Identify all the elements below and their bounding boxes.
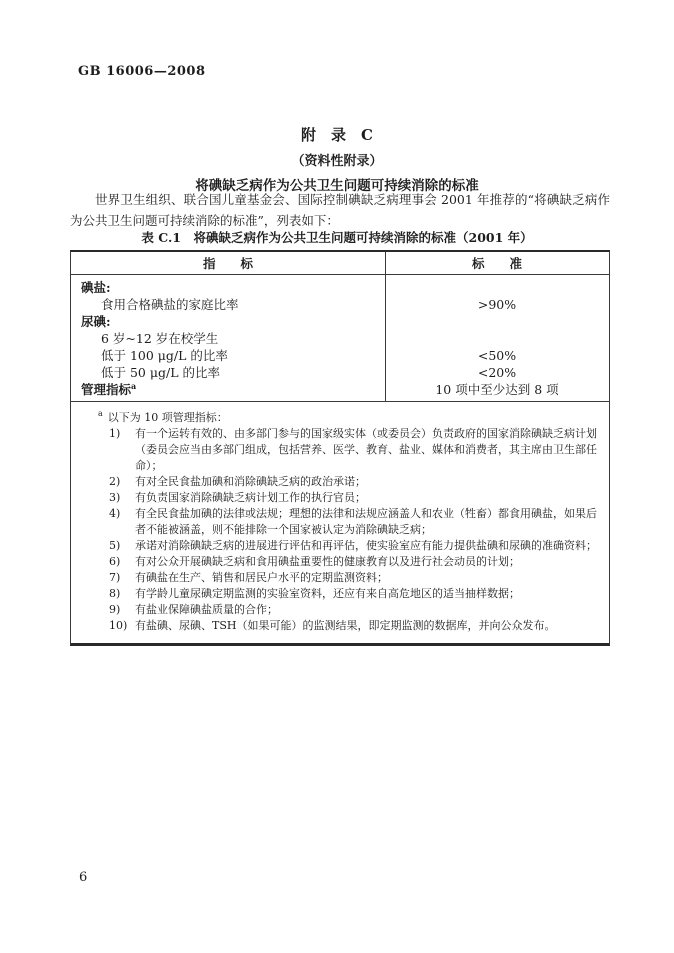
table-row: 6 岁~12 岁在校学生 bbox=[71, 330, 609, 347]
footnote-item-number: 4) bbox=[109, 506, 135, 538]
row-standard bbox=[385, 330, 609, 347]
footnote-item-text: 有对全民食盐加碘和消除碘缺乏病的政治承诺； bbox=[135, 474, 597, 490]
row-indicator: 食用合格碘盐的家庭比率 bbox=[71, 296, 385, 313]
table-row: 碘盐: bbox=[71, 279, 609, 296]
footnote-item-text: 有对公众开展碘缺乏病和食用碘盐重要性的健康教育以及进行社会动员的计划； bbox=[135, 554, 597, 570]
table-header-row: 指 标 标 准 bbox=[71, 252, 609, 275]
table-caption: 表 C.1 将碘缺乏病作为公共卫生问题可持续消除的标准（2001 年） bbox=[0, 228, 674, 246]
row-indicator: 管理指标a bbox=[71, 381, 385, 398]
row-indicator: 低于 100 μg/L 的比率 bbox=[71, 347, 385, 364]
footnote-item: 3)有负责国家消除碘缺乏病计划工作的执行官员； bbox=[109, 490, 597, 506]
appendix-title: 附 录 C bbox=[0, 124, 674, 145]
footnote-item-number: 10) bbox=[109, 618, 135, 634]
footnote-item-text: 有全民食盐加碘的法律或法规；理想的法律和法规应涵盖人和农业（牲畜）都食用碘盐，如… bbox=[135, 506, 597, 538]
col-header-standard: 标 准 bbox=[385, 252, 609, 274]
footnote-item-text: 有一个运转有效的、由多部门参与的国家级实体（或委员会）负责政府的国家消除碘缺乏病… bbox=[135, 426, 597, 474]
footnote-item-number: 6) bbox=[109, 554, 135, 570]
footnote-item: 8)有学龄儿童尿碘定期监测的实验室资料，还应有来自高危地区的适当抽样数据； bbox=[109, 586, 597, 602]
footnote-intro-text: 以下为 10 项管理指标： bbox=[108, 411, 228, 424]
footnote-item: 4)有全民食盐加碘的法律或法规；理想的法律和法规应涵盖人和农业（牲畜）都食用碘盐… bbox=[109, 506, 597, 538]
standard-number: GB 16006—2008 bbox=[78, 64, 206, 79]
row-standard bbox=[385, 313, 609, 330]
table-row: 尿碘: bbox=[71, 313, 609, 330]
table-footnote: a以下为 10 项管理指标： 1)有一个运转有效的、由多部门参与的国家级实体（或… bbox=[71, 402, 609, 643]
footnote-item: 5)承诺对消除碘缺乏病的进展进行评估和再评估，使实验室应有能力提供盐碘和尿碘的准… bbox=[109, 538, 597, 554]
footnote-item-text: 有负责国家消除碘缺乏病计划工作的执行官员； bbox=[135, 490, 597, 506]
table-row: 低于 100 μg/L 的比率 <50% bbox=[71, 347, 609, 364]
footnote-item-list: 1)有一个运转有效的、由多部门参与的国家级实体（或委员会）负责政府的国家消除碘缺… bbox=[109, 426, 597, 634]
document-page: GB 16006—2008 附 录 C （资料性附录） 将碘缺乏病作为公共卫生问… bbox=[0, 0, 674, 953]
appendix-subtitle: （资料性附录） bbox=[0, 150, 674, 169]
table-row: 食用合格碘盐的家庭比率 >90% bbox=[71, 296, 609, 313]
appendix-title-block: 附 录 C （资料性附录） 将碘缺乏病作为公共卫生问题可持续消除的标准 bbox=[0, 124, 674, 194]
footnote-item-number: 7) bbox=[109, 570, 135, 586]
footnote-item: 6)有对公众开展碘缺乏病和食用碘盐重要性的健康教育以及进行社会动员的计划； bbox=[109, 554, 597, 570]
row-standard: <20% bbox=[385, 364, 609, 381]
footnote-item: 7)有碘盐在生产、销售和居民户水平的定期监测资料； bbox=[109, 570, 597, 586]
footnote-item-number: 9) bbox=[109, 602, 135, 618]
footnote-item-number: 8) bbox=[109, 586, 135, 602]
footnote-item: 2)有对全民食盐加碘和消除碘缺乏病的政治承诺； bbox=[109, 474, 597, 490]
footnote-item-text: 有学龄儿童尿碘定期监测的实验室资料，还应有来自高危地区的适当抽样数据； bbox=[135, 586, 597, 602]
table-c1: 指 标 标 准 碘盐: 食用合格碘盐的家庭比率 >90% 尿碘: 6 岁~12 … bbox=[70, 250, 610, 646]
row-standard: 10 项中至少达到 8 项 bbox=[385, 381, 609, 398]
row-standard: <50% bbox=[385, 347, 609, 364]
footnote-marker: a bbox=[98, 409, 103, 418]
footnote-item: 1)有一个运转有效的、由多部门参与的国家级实体（或委员会）负责政府的国家消除碘缺… bbox=[109, 426, 597, 474]
page-number: 6 bbox=[79, 870, 87, 885]
table-body: 碘盐: 食用合格碘盐的家庭比率 >90% 尿碘: 6 岁~12 岁在校学生 低于… bbox=[71, 275, 609, 401]
row-indicator-label: 管理指标 bbox=[81, 382, 131, 397]
footnote-item-number: 2) bbox=[109, 474, 135, 490]
table-main-grid: 指 标 标 准 碘盐: 食用合格碘盐的家庭比率 >90% 尿碘: 6 岁~12 … bbox=[71, 252, 609, 402]
footnote-item-text: 承诺对消除碘缺乏病的进展进行评估和再评估，使实验室应有能力提供盐碘和尿碘的准确资… bbox=[135, 538, 597, 554]
footnote-intro: a以下为 10 项管理指标： bbox=[98, 410, 597, 426]
footnote-item-text: 有盐业保障碘盐质量的合作； bbox=[135, 602, 597, 618]
intro-paragraph: 世界卫生组织、联合国儿童基金会、国际控制碘缺乏病理事会 2001 年推荐的“将碘… bbox=[70, 189, 610, 231]
footnote-item-number: 1) bbox=[109, 426, 135, 474]
row-indicator: 6 岁~12 岁在校学生 bbox=[71, 330, 385, 347]
footnote-item-text: 有碘盐在生产、销售和居民户水平的定期监测资料； bbox=[135, 570, 597, 586]
footnote-item-number: 5) bbox=[109, 538, 135, 554]
col-header-indicator: 指 标 bbox=[71, 252, 385, 274]
footnote-item: 9)有盐业保障碘盐质量的合作； bbox=[109, 602, 597, 618]
table-row: 低于 50 μg/L 的比率 <20% bbox=[71, 364, 609, 381]
row-standard: >90% bbox=[385, 296, 609, 313]
footnote-item-number: 3) bbox=[109, 490, 135, 506]
row-indicator: 低于 50 μg/L 的比率 bbox=[71, 364, 385, 381]
row-indicator: 碘盐: bbox=[71, 279, 385, 296]
table-row: 管理指标a 10 项中至少达到 8 项 bbox=[71, 381, 609, 398]
row-standard bbox=[385, 279, 609, 296]
footnote-item: 10)有盐碘、尿碘、TSH（如果可能）的监测结果，即定期监测的数据库，并向公众发… bbox=[109, 618, 597, 634]
row-indicator: 尿碘: bbox=[71, 313, 385, 330]
footnote-reference-mark: a bbox=[131, 381, 136, 391]
footnote-item-text: 有盐碘、尿碘、TSH（如果可能）的监测结果，即定期监测的数据库，并向公众发布。 bbox=[135, 618, 597, 634]
